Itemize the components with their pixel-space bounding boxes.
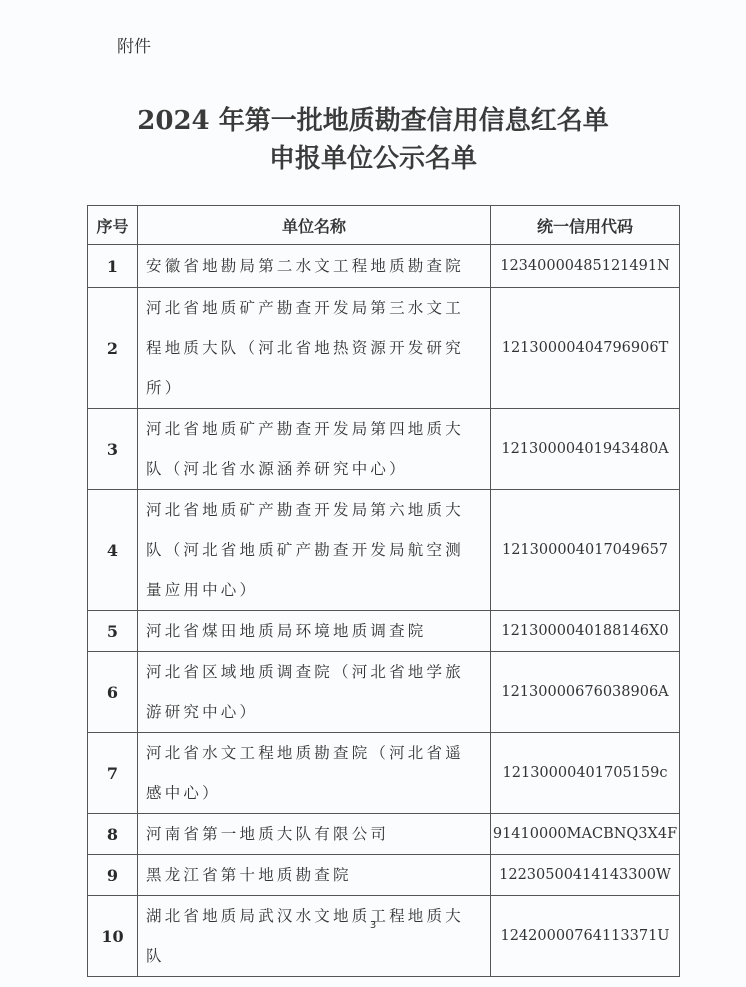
row-serial-number: 1 [88,245,138,288]
table-row: 8 河南省第一地质大队有限公司 91410000MACBNQ3X4F [88,814,680,855]
table-row: 3 河北省地质矿产勘查开发局第四地质大队（河北省水源涵养研究中心） 121300… [88,409,680,490]
table-row: 6 河北省区域地质调查院（河北省地学旅游研究中心） 12130000676038… [88,652,680,733]
row-credit-code: 1213000040188146X0 [491,611,680,652]
row-unit-name: 黑龙江省第十地质勘查院 [138,855,491,896]
table-row: 5 河北省煤田地质局环境地质调查院 1213000040188146X0 [88,611,680,652]
row-credit-code: 12130000404796906T [491,288,680,409]
row-serial-number: 6 [88,652,138,733]
table-row: 2 河北省地质矿产勘查开发局第三水文工程地质大队（河北省地热资源开发研究所） 1… [88,288,680,409]
row-unit-name: 河北省地质矿产勘查开发局第四地质大队（河北省水源涵养研究中心） [138,409,491,490]
row-serial-number: 2 [88,288,138,409]
row-unit-name: 河南省第一地质大队有限公司 [138,814,491,855]
row-serial-number: 5 [88,611,138,652]
page-title-line-2: 申报单位公示名单 [0,138,746,175]
row-credit-code: 12130000401705159c [491,733,680,814]
row-serial-number: 4 [88,490,138,611]
table-row: 7 河北省水文工程地质勘查院（河北省遥感中心） 1213000040170515… [88,733,680,814]
page-number: 3 [0,920,746,931]
row-serial-number: 9 [88,855,138,896]
row-credit-code: 12130000676038906A [491,652,680,733]
row-credit-code: 12340000485121491N [491,245,680,288]
row-credit-code: 12230500414143300W [491,855,680,896]
row-serial-number: 8 [88,814,138,855]
header-credit-code: 统一信用代码 [491,206,680,245]
table-header-row: 序号 单位名称 统一信用代码 [88,206,680,245]
row-unit-name: 河北省煤田地质局环境地质调查院 [138,611,491,652]
row-unit-name: 湖北省地质局武汉水文地质工程地质大队 [138,896,491,977]
table-row: 10 湖北省地质局武汉水文地质工程地质大队 12420000764113371U [88,896,680,977]
header-serial-number: 序号 [88,206,138,245]
attachment-label: 附件 [117,32,151,57]
table-row: 9 黑龙江省第十地质勘查院 12230500414143300W [88,855,680,896]
row-unit-name: 河北省地质矿产勘查开发局第六地质大队（河北省地质矿产勘查开发局航空测量应用中心） [138,490,491,611]
row-unit-name: 河北省地质矿产勘查开发局第三水文工程地质大队（河北省地热资源开发研究所） [138,288,491,409]
row-serial-number: 7 [88,733,138,814]
row-credit-code: 12130000401943480A [491,409,680,490]
red-list-table: 序号 单位名称 统一信用代码 1 安徽省地勘局第二水文工程地质勘查院 12340… [87,205,680,977]
table-row: 1 安徽省地勘局第二水文工程地质勘查院 12340000485121491N [88,245,680,288]
header-unit-name: 单位名称 [138,206,491,245]
row-credit-code: 121300004017049657 [491,490,680,611]
row-unit-name: 河北省区域地质调查院（河北省地学旅游研究中心） [138,652,491,733]
row-serial-number: 10 [88,896,138,977]
row-credit-code: 91410000MACBNQ3X4F [491,814,680,855]
table-row: 4 河北省地质矿产勘查开发局第六地质大队（河北省地质矿产勘查开发局航空测量应用中… [88,490,680,611]
row-unit-name: 安徽省地勘局第二水文工程地质勘查院 [138,245,491,288]
row-serial-number: 3 [88,409,138,490]
row-credit-code: 12420000764113371U [491,896,680,977]
page-title-line-1: 2024 年第一批地质勘查信用信息红名单 [0,100,746,137]
row-unit-name: 河北省水文工程地质勘查院（河北省遥感中心） [138,733,491,814]
